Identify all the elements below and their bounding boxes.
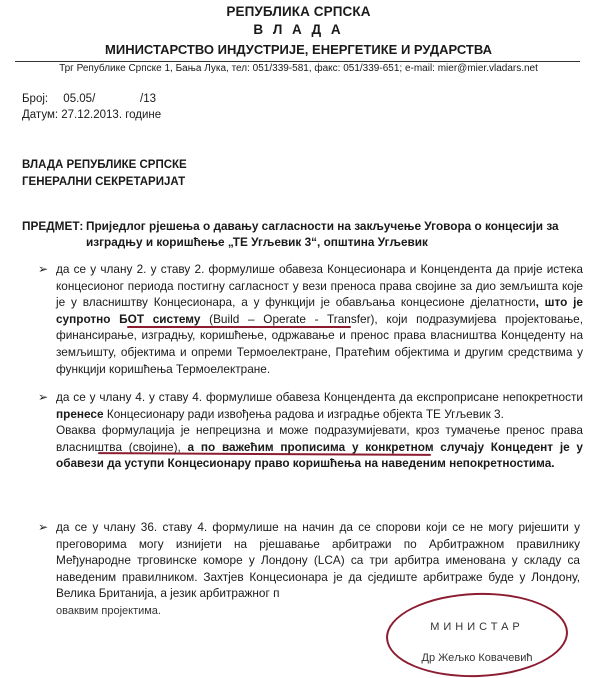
header-address: Трг Републике Српске 1, Бања Лука, тел: … — [0, 63, 597, 74]
recipient-line-2: ГЕНЕРАЛНИ СЕКРЕТАРИЈАТ — [22, 176, 185, 188]
text-mask — [360, 595, 390, 615]
arrow-bullet-icon: ➢ — [38, 519, 48, 536]
arrow-bullet-icon: ➢ — [38, 389, 48, 406]
red-underline-annotation — [127, 326, 351, 328]
header-country: РЕПУБЛИКА СРПСКА — [0, 4, 597, 19]
date-label: Датум: — [22, 109, 58, 121]
date-value: 27.12.2013. године — [61, 109, 161, 121]
subject: ПРЕДМЕТ:Приједлог рјешења о давању сагла… — [22, 218, 577, 250]
signature-name: Др Жељко Ковачевић — [386, 652, 568, 664]
list-item: ➢ да се у члану 2. у ставу 2. формулише … — [38, 261, 583, 377]
item-text: да се у члану 36. ставу 4. формулише на … — [56, 520, 580, 600]
signature-title: МИНИСТАР — [386, 621, 568, 633]
document-date: Датум: 27.12.2013. године — [22, 109, 161, 121]
item-text-bold: пренесе — [56, 407, 104, 421]
number-value: 05.05/ /13 — [63, 93, 156, 105]
recipient-line-1: ВЛАДА РЕПУБЛИКЕ СРПСКЕ — [22, 159, 187, 171]
subject-line-1: Приједлог рјешења о давању сагласности н… — [86, 219, 559, 233]
header-ministry: МИНИСТАРСТВО ИНДУСТРИЈЕ, ЕНЕРГЕТИКЕ И РУ… — [0, 42, 597, 57]
header-divider — [15, 61, 580, 62]
subject-label: ПРЕДМЕТ: — [22, 218, 86, 234]
arrow-bullet-icon: ➢ — [38, 261, 48, 278]
header-government: В Л А Д А — [0, 22, 597, 37]
document-number: Број: 05.05/ /13 — [22, 93, 156, 105]
item-text: да се у члану 2. у ставу 2. формулише об… — [56, 262, 583, 309]
subject-line-2: изградњу и коришћење „ТЕ Угљевик 3“, опш… — [22, 234, 577, 250]
item-text: Концесионару ради извођења радова и изгр… — [104, 407, 504, 421]
number-label: Број: — [22, 93, 48, 105]
item-text: да се у члану 4. у ставу 4. формулише об… — [56, 390, 583, 404]
list-item: ➢ да се у члану 4. у ставу 4. формулише … — [38, 389, 583, 472]
